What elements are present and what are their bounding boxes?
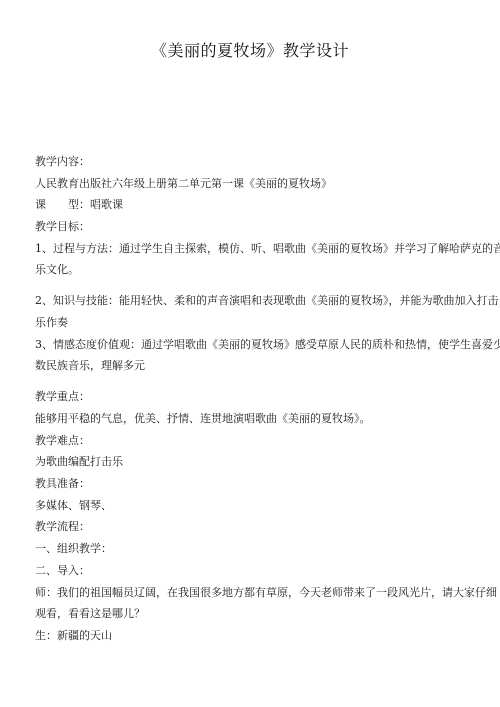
text-line: 能够用平稳的气息，优美、抒情、连贯地演唱歌曲《美丽的夏牧场》。 xyxy=(35,412,371,426)
text-line: 教学难点： xyxy=(35,434,90,448)
text-line: 二、导入： xyxy=(35,564,90,578)
text-line: 3、情感态度价值观：通过学唱歌曲《美丽的夏牧场》感受草原人民的质朴和热情，使学生… xyxy=(35,338,500,352)
text-line: 课 型：唱歌课 xyxy=(35,198,123,212)
text-line: 多媒体、钢琴、 xyxy=(35,499,112,513)
text-line: 数民族音乐，理解多元 xyxy=(35,359,145,373)
text-line: 教学内容： xyxy=(35,155,90,169)
text-line: 1、过程与方法：通过学生自主探索，模仿、听、唱歌曲《美丽的夏牧场》并学习了解哈萨… xyxy=(35,242,500,256)
text-line: 教具准备： xyxy=(35,477,90,491)
text-line: 乐作奏 xyxy=(35,316,68,330)
text-line: 乐文化。 xyxy=(35,263,79,277)
text-line: 生：新疆的天山 xyxy=(35,629,112,643)
text-line: 观看，看看这是哪儿？ xyxy=(35,607,145,621)
text-line: 教学重点： xyxy=(35,390,90,404)
text-line: 人民教育出版社六年级上册第二单元第一课《美丽的夏牧场》 xyxy=(35,177,332,191)
text-line: 为歌曲编配打击乐 xyxy=(35,455,123,469)
document-page: 《美丽的夏牧场》教学设计 教学内容：人民教育出版社六年级上册第二单元第一课《美丽… xyxy=(0,0,500,707)
document-title: 《美丽的夏牧场》教学设计 xyxy=(0,38,500,61)
text-line: 一、组织教学： xyxy=(35,542,112,556)
text-line: 师：我们的祖国幅员辽阔，在我国很多地方都有草原，今天老师带来了一段风光片，请大家… xyxy=(35,586,497,600)
text-line: 教学目标： xyxy=(35,220,90,234)
text-line: 2、知识与技能：能用轻快、柔和的声音演唱和表现歌曲《美丽的夏牧场》，并能为歌曲加… xyxy=(35,294,499,308)
text-line: 教学流程： xyxy=(35,520,90,534)
